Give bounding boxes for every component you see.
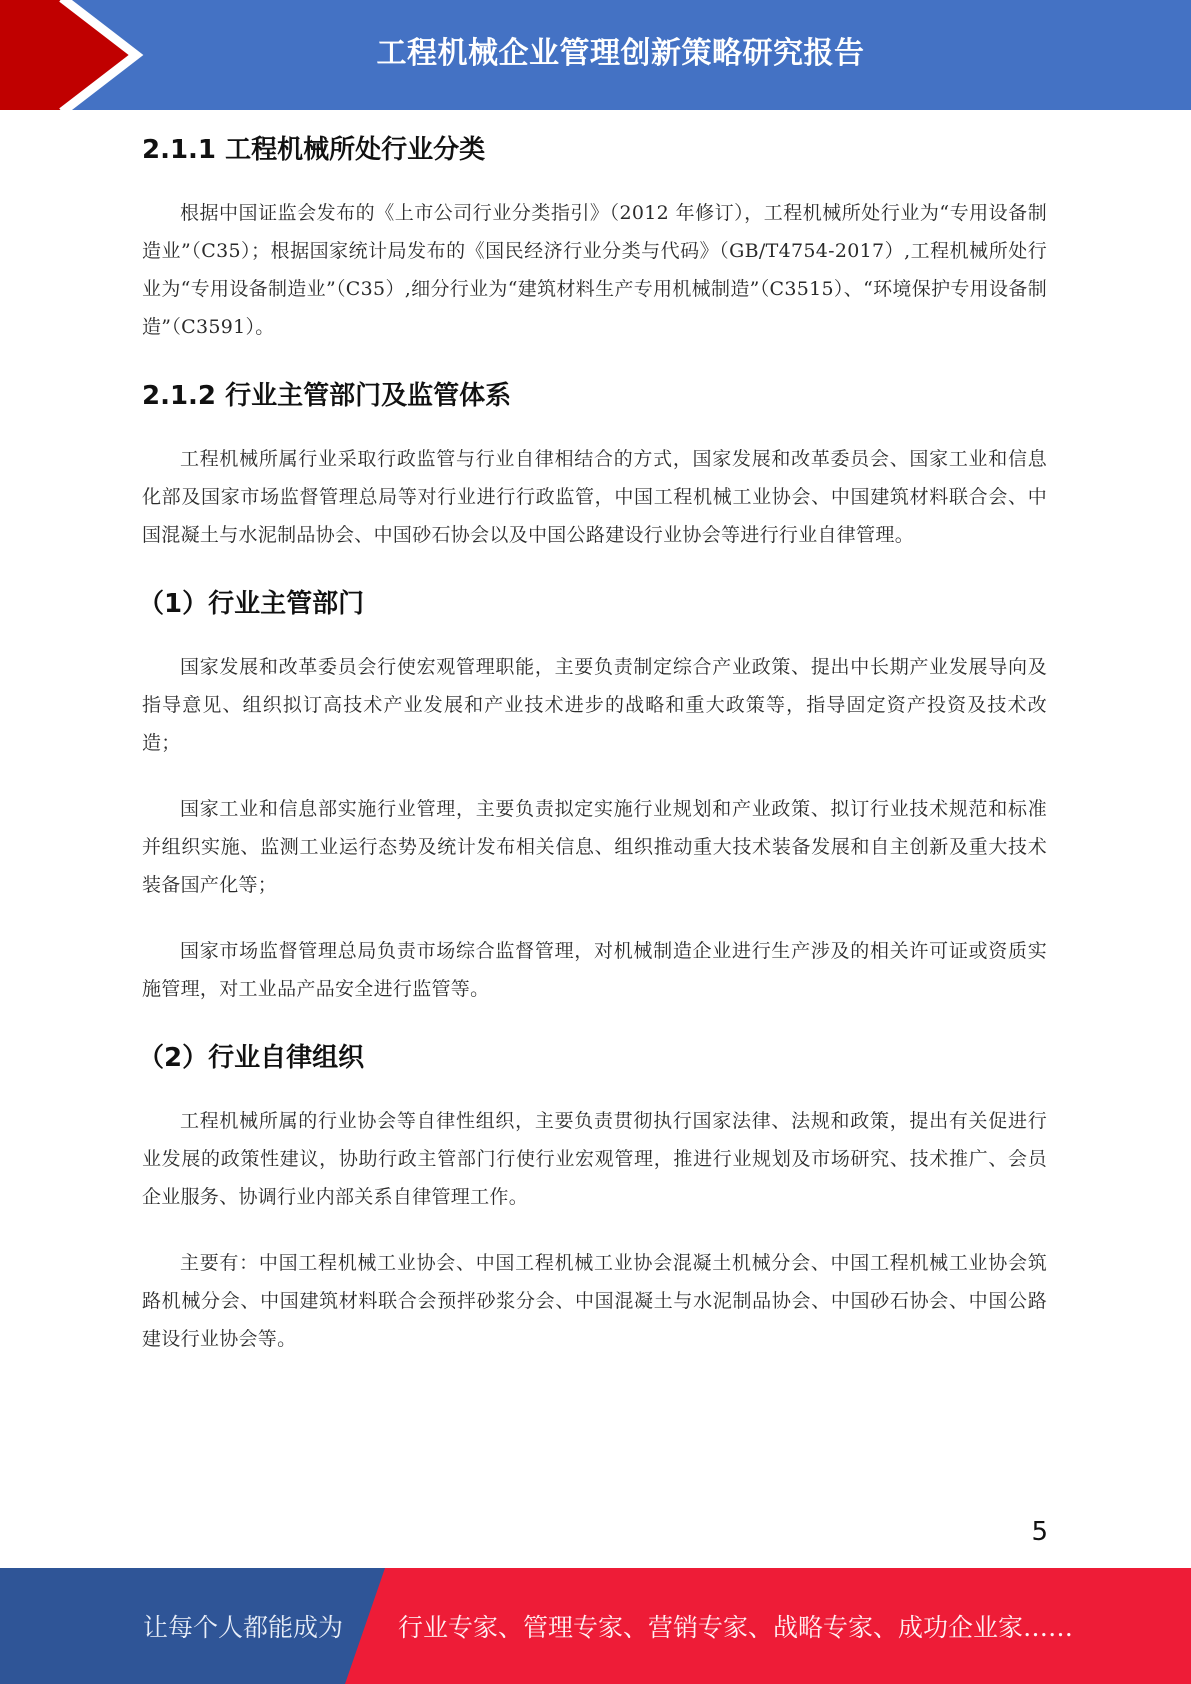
report-title: 工程机械企业管理创新策略研究报告: [0, 28, 1191, 72]
paragraph-associations-role: 工程机械所属的行业协会等自律性组织，主要负责贯彻执行国家法律、法规和政策，提出有…: [142, 1102, 1047, 1216]
page-number: 5: [1031, 1517, 1048, 1547]
paragraph-industry-classification: 根据中国证监会发布的《上市公司行业分类指引》（2012 年修订），工程机械所处行…: [142, 194, 1047, 346]
footer-slogan-left: 让每个人都能成为: [143, 1608, 343, 1644]
paragraph-miit: 国家工业和信息部实施行业管理，主要负责拟定实施行业规划和产业政策、拟订行业技术规…: [142, 790, 1047, 904]
paragraph-samr: 国家市场监督管理总局负责市场综合监督管理，对机械制造企业进行生产涉及的相关许可证…: [142, 932, 1047, 1008]
footer-slogan-right: 行业专家、管理专家、营销专家、战略专家、成功企业家……: [398, 1608, 1073, 1644]
subsection-heading-authorities: （1）行业主管部门: [138, 574, 1047, 634]
section-heading-2-1-2: 2.1.2 行业主管部门及监管体系: [142, 366, 1047, 426]
paragraph-associations-list: 主要有：中国工程机械工业协会、中国工程机械工业协会混凝土机械分会、中国工程机械工…: [142, 1244, 1047, 1358]
document-body: 2.1.1 工程机械所处行业分类 根据中国证监会发布的《上市公司行业分类指引》（…: [142, 120, 1047, 1358]
paragraph-regulatory-system: 工程机械所属行业采取行政监管与行业自律相结合的方式，国家发展和改革委员会、国家工…: [142, 440, 1047, 554]
page-footer-band: 让每个人都能成为 行业专家、管理专家、营销专家、战略专家、成功企业家……: [0, 1568, 1191, 1684]
page-header-band: 工程机械企业管理创新策略研究报告: [0, 0, 1191, 110]
section-heading-2-1-1: 2.1.1 工程机械所处行业分类: [142, 120, 1047, 180]
subsection-heading-self-regulatory: （2）行业自律组织: [138, 1028, 1047, 1088]
paragraph-ndrc: 国家发展和改革委员会行使宏观管理职能，主要负责制定综合产业政策、提出中长期产业发…: [142, 648, 1047, 762]
